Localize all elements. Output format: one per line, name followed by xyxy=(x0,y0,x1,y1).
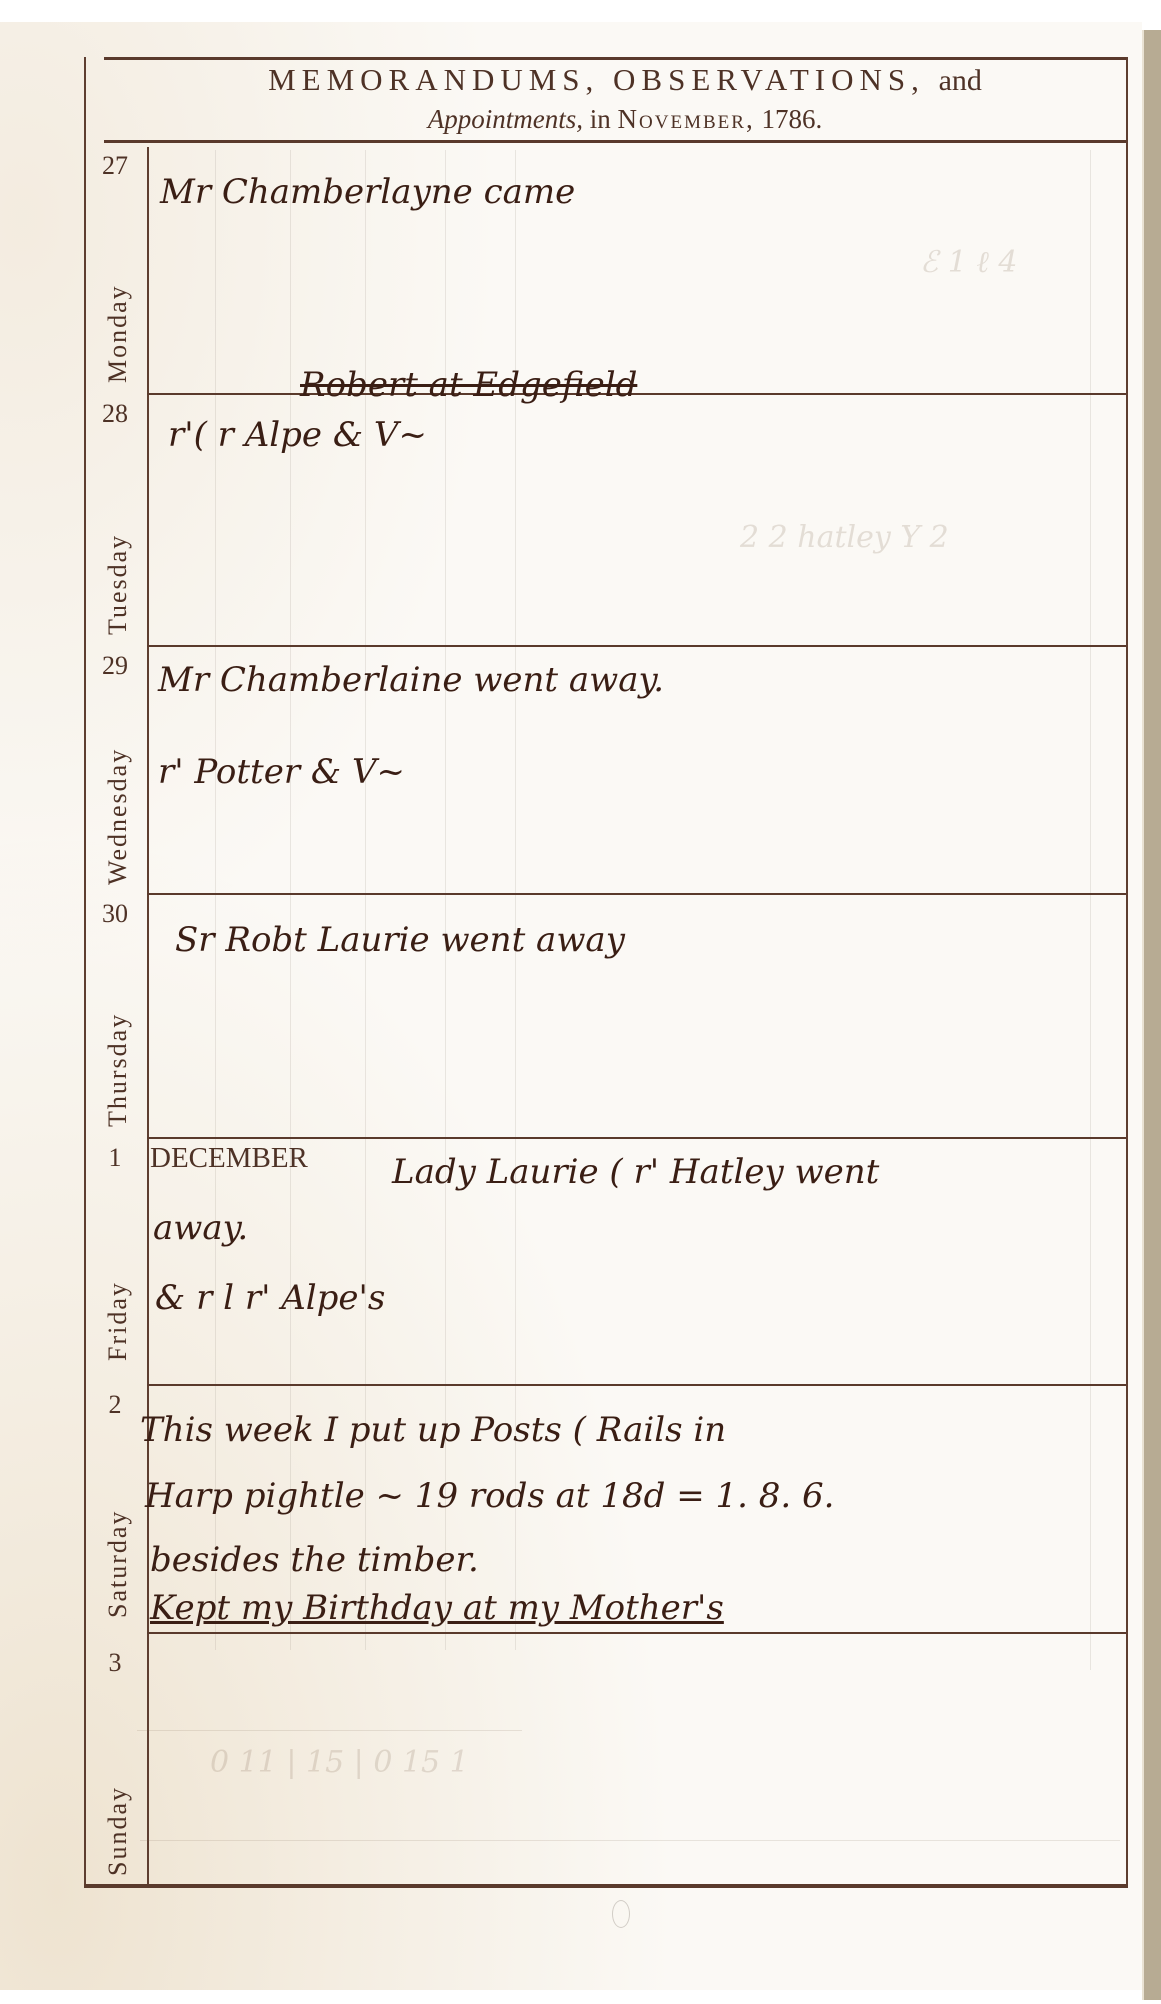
show-through-text: 0 11 | 15 | 0 15 1 xyxy=(210,1745,469,1780)
entry-2-line-1: This week I put up Posts ( Rails in xyxy=(140,1410,726,1450)
subtitle-appointments: Appointments, xyxy=(428,104,583,134)
day-label-friday: 1 Friday xyxy=(85,1139,147,1384)
day-name: Saturday xyxy=(103,1510,133,1618)
subtitle-year: 1786. xyxy=(755,104,823,134)
day-column-divider xyxy=(147,147,149,1885)
entry-29-line-1: Mr Chamberlaine went away. xyxy=(158,660,664,700)
subtitle-in: in xyxy=(583,104,618,134)
entry-30-line-1: Sr Robt Laurie went away xyxy=(175,920,625,960)
day-label-sunday: 3 Sunday xyxy=(85,1634,147,1884)
faint-column-line xyxy=(1090,150,1091,1670)
day-number: 29 xyxy=(85,651,145,681)
entry-2-line-3: besides the timber. xyxy=(150,1540,479,1580)
day-label-monday: 27 Monday xyxy=(85,147,147,393)
day-number: 28 xyxy=(85,399,145,429)
folio-mark xyxy=(612,1900,630,1928)
entry-1-line-1: Lady Laurie ( r' Hatley went xyxy=(392,1152,879,1192)
day-name: Wednesday xyxy=(103,748,133,885)
entry-1-line-3: & r l r' Alpe's xyxy=(155,1278,385,1318)
day-name: Thursday xyxy=(103,1013,133,1127)
show-through-text: 2 2 hatley Y 2 xyxy=(740,520,949,555)
day-label-saturday: 2 Saturday xyxy=(85,1386,147,1632)
day-label-wednesday: 29 Wednesday xyxy=(85,647,147,893)
page-subtitle: Appointments, in November, 1786. xyxy=(130,104,1120,135)
header-bottom-rule xyxy=(104,140,1128,143)
entry-28-line-2: r'( r Alpe & V~ xyxy=(168,415,427,455)
entry-28-line-1: Robert at Edgefield xyxy=(300,365,637,405)
day-number: 2 xyxy=(85,1390,145,1420)
day-label-thursday: 30 Thursday xyxy=(85,895,147,1137)
row-divider xyxy=(147,1384,1126,1386)
day-number: 1 xyxy=(85,1143,145,1173)
row-divider xyxy=(147,1137,1126,1139)
day-name: Sunday xyxy=(103,1786,133,1876)
row-divider xyxy=(147,645,1126,647)
right-border xyxy=(1126,57,1128,1885)
subtitle-month: November, xyxy=(618,104,755,134)
diary-page xyxy=(0,22,1142,1990)
day-name: Friday xyxy=(103,1281,133,1361)
title-main: MEMORANDUMS, OBSERVATIONS, xyxy=(268,62,925,97)
entry-29-line-2: r' Potter & V~ xyxy=(158,752,405,792)
entry-2-line-4: Kept my Birthday at my Mother's xyxy=(150,1588,724,1628)
printed-month-december: DECEMBER xyxy=(150,1142,308,1175)
day-name: Monday xyxy=(103,284,133,383)
row-divider xyxy=(147,893,1126,895)
day-label-tuesday: 28 Tuesday xyxy=(85,395,147,645)
book-spine xyxy=(1142,30,1161,2000)
title-and: and xyxy=(939,64,982,97)
day-number: 30 xyxy=(85,899,145,929)
bottom-rule xyxy=(84,1884,1128,1888)
day-name: Tuesday xyxy=(103,534,133,635)
show-through-rule xyxy=(140,1840,1120,1841)
entry-27-line-1: Mr Chamberlayne came xyxy=(160,172,575,212)
day-number: 27 xyxy=(85,151,145,181)
top-rule xyxy=(104,57,1128,60)
page-title: MEMORANDUMS, OBSERVATIONS, and xyxy=(130,62,1120,98)
show-through-rule xyxy=(137,1730,522,1731)
entry-1-line-2: away. xyxy=(153,1208,248,1248)
row-divider xyxy=(147,1632,1126,1634)
show-through-text: ℰ 1 ℓ 4 xyxy=(920,245,1017,280)
day-number: 3 xyxy=(85,1648,145,1678)
entry-2-line-2: Harp pightle ~ 19 rods at 18d = 1. 8. 6. xyxy=(145,1476,834,1516)
